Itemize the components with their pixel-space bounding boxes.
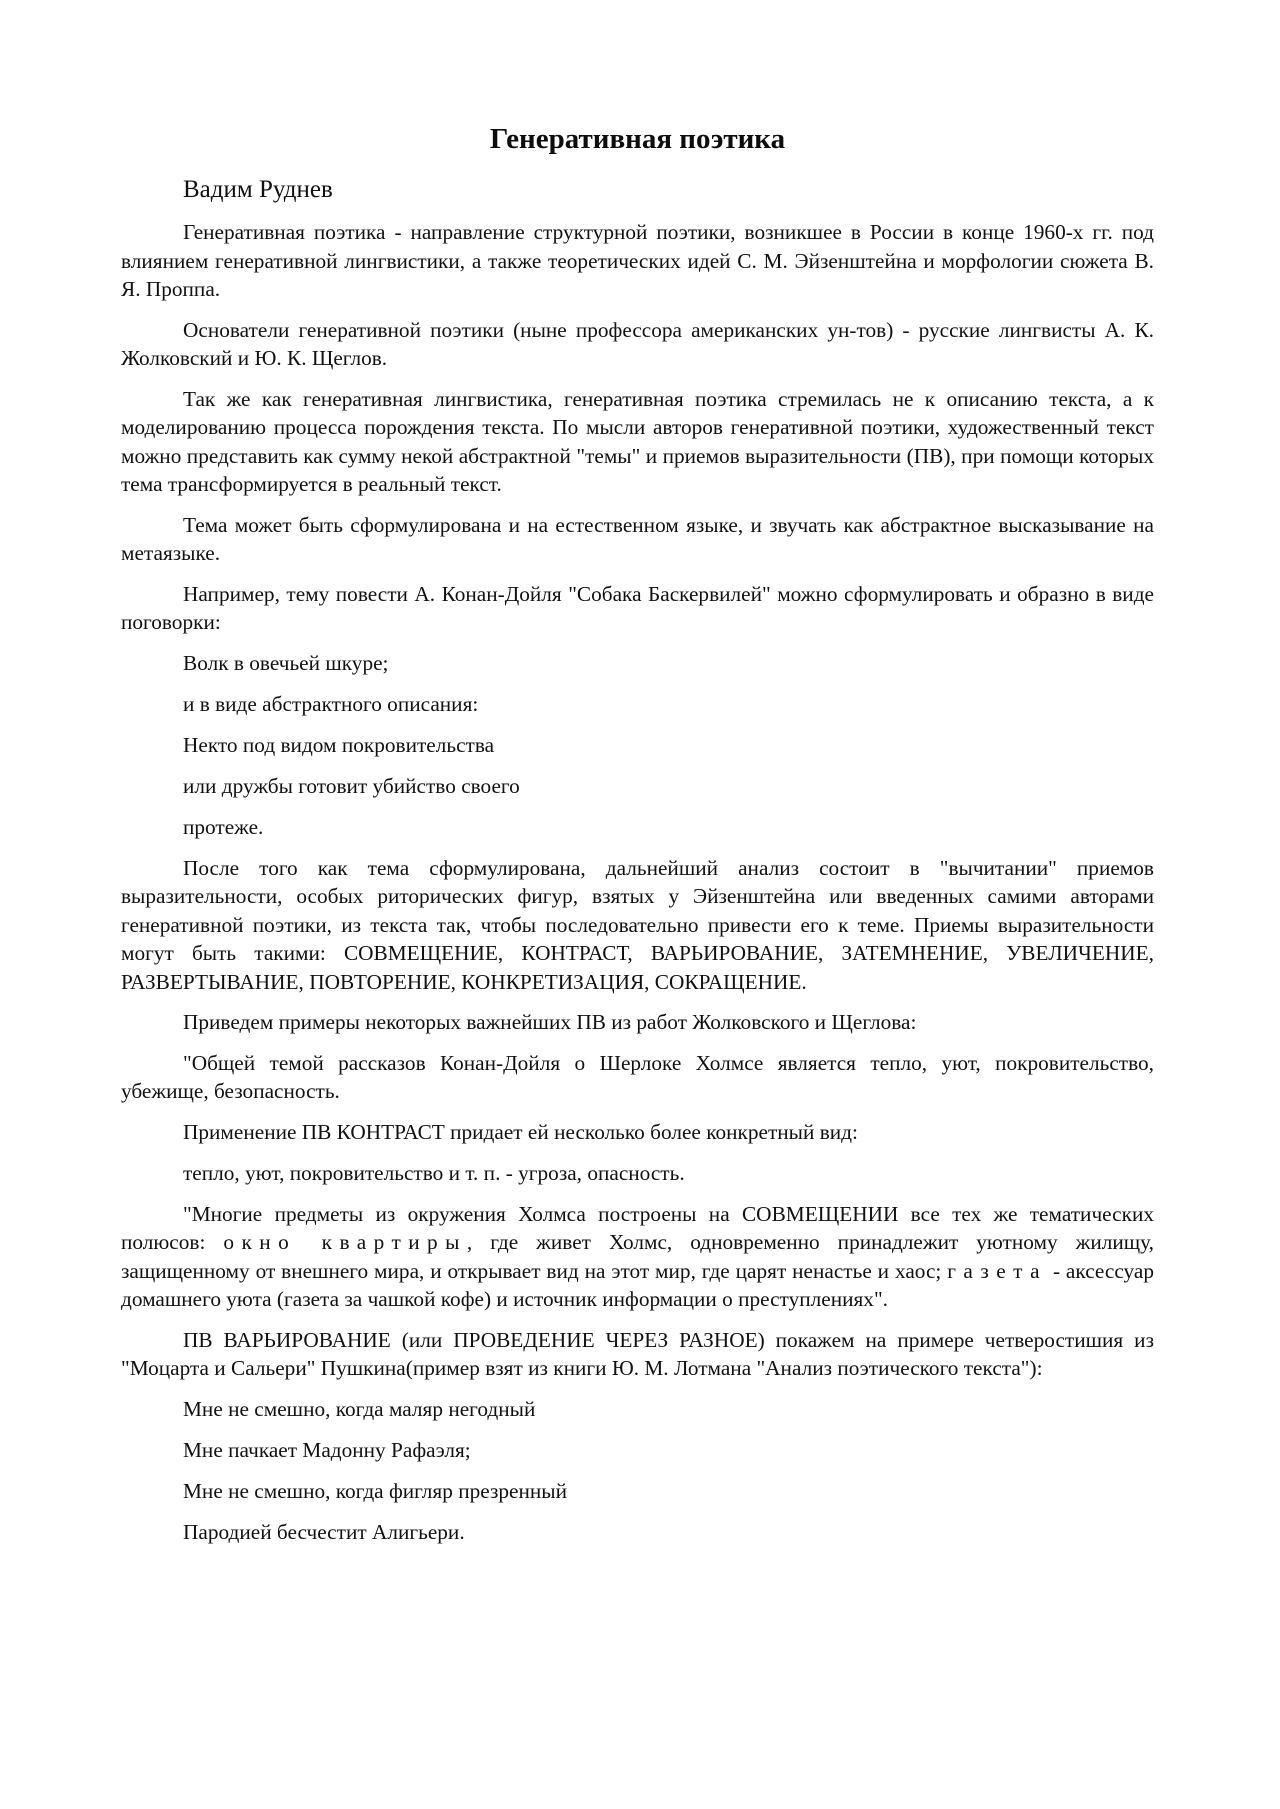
paragraph-holmes-theme: "Общей темой рассказов Конан-Дойля о Шер… <box>121 1049 1154 1106</box>
contrast-line: Применение ПВ КОНТРАСТ придает ей нескол… <box>121 1118 1154 1147</box>
verse-line: Пародией бесчестит Алигьери. <box>121 1518 1154 1547</box>
spaced-word: окно квартиры <box>223 1230 467 1254</box>
document-body: Генеративная поэтика - направление струк… <box>121 218 1154 1559</box>
verse-line: Мне не смешно, когда маляр негодный <box>121 1395 1154 1424</box>
paragraph-variation: ПВ ВАРЬИРОВАНИЕ (или ПРОВЕДЕНИЕ ЧЕРЕЗ РА… <box>121 1326 1154 1383</box>
paragraph-example-intro: Например, тему повести А. Конан-Дойля "С… <box>121 580 1154 637</box>
paragraph-theme: Тема может быть сформулирована и на есте… <box>121 511 1154 568</box>
example-line: Некто под видом покровительства <box>121 731 1154 760</box>
paragraph-definition: Генеративная поэтика - направление струк… <box>121 218 1154 304</box>
example-line: и в виде абстрактного описания: <box>121 690 1154 719</box>
document-title: Генеративная поэтика <box>121 122 1154 156</box>
example-line: Волк в овечьей шкуре; <box>121 649 1154 678</box>
paragraph-founders: Основатели генеративной поэтики (ныне пр… <box>121 316 1154 373</box>
paragraph-generative-model: Так же как генеративная лингвистика, ген… <box>121 385 1154 499</box>
contrast-line: тепло, уют, покровительство и т. п. - уг… <box>121 1159 1154 1188</box>
verse-line: Мне пачкает Мадонну Рафаэля; <box>121 1436 1154 1465</box>
example-line: или дружбы готовит убийство своего <box>121 772 1154 801</box>
paragraph-combination: "Многие предметы из окружения Холмса пос… <box>121 1200 1154 1314</box>
document-author: Вадим Руднев <box>183 175 333 205</box>
paragraph-devices: После того как тема сформулирована, даль… <box>121 854 1154 997</box>
spaced-word: газета <box>947 1259 1047 1283</box>
example-line: протеже. <box>121 813 1154 842</box>
verse-line: Мне не смешно, когда фигляр презренный <box>121 1477 1154 1506</box>
paragraph-examples-intro: Приведем примеры некоторых важнейших ПВ … <box>121 1008 1154 1037</box>
